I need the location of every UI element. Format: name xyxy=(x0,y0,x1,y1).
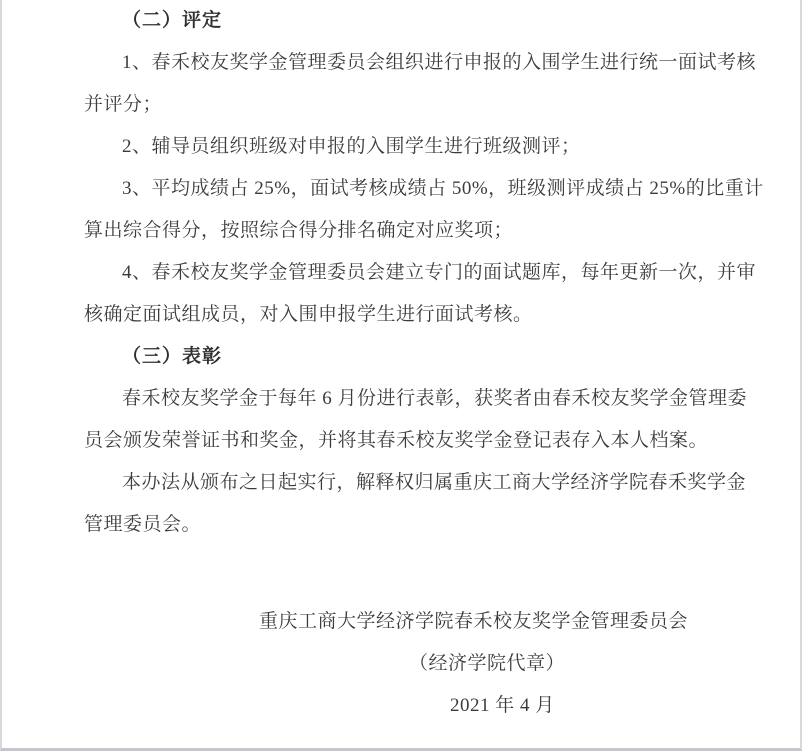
body-line: 并评分； xyxy=(84,84,744,126)
body-line: 4、春禾校友奖学金管理委员会建立专门的面试题库，每年更新一次，并审 xyxy=(84,252,744,294)
signature-organization: 重庆工商大学经济学院春禾校友奖学金管理委员会 xyxy=(84,601,744,643)
body-line: 核确定面试组成员，对入围申报学生进行面试考核。 xyxy=(84,294,744,336)
body-line: 员会颁发荣誉证书和奖金，并将其春禾校友奖学金登记表存入本人档案。 xyxy=(84,420,744,462)
body-line: 春禾校友奖学金于每年 6 月份进行表彰，获奖者由春禾校友奖学金管理委 xyxy=(84,378,744,420)
document-page: （二）评定 1、春禾校友奖学金管理委员会组织进行申报的入围学生进行统一面试考核 … xyxy=(0,0,802,751)
document-content: （二）评定 1、春禾校友奖学金管理委员会组织进行申报的入围学生进行统一面试考核 … xyxy=(84,0,744,727)
body-line: 1、春禾校友奖学金管理委员会组织进行申报的入围学生进行统一面试考核 xyxy=(84,42,744,84)
section-heading-2: （二）评定 xyxy=(84,0,744,42)
signature-date: 2021 年 4 月 xyxy=(84,685,744,727)
signature-block: 重庆工商大学经济学院春禾校友奖学金管理委员会 （经济学院代章） 2021 年 4… xyxy=(84,601,744,727)
body-line: 本办法从颁布之日起实行，解释权归属重庆工商大学经济学院春禾奖学金 xyxy=(84,462,744,504)
section-heading-3: （三）表彰 xyxy=(84,336,744,378)
body-line: 管理委员会。 xyxy=(84,504,744,546)
signature-seal-note: （经济学院代章） xyxy=(84,643,744,685)
body-line: 算出综合得分，按照综合得分排名确定对应奖项； xyxy=(84,210,744,252)
body-line: 2、辅导员组织班级对申报的入围学生进行班级测评； xyxy=(84,126,744,168)
body-line: 3、平均成绩占 25%，面试考核成绩占 50%，班级测评成绩占 25%的比重计 xyxy=(84,168,744,210)
